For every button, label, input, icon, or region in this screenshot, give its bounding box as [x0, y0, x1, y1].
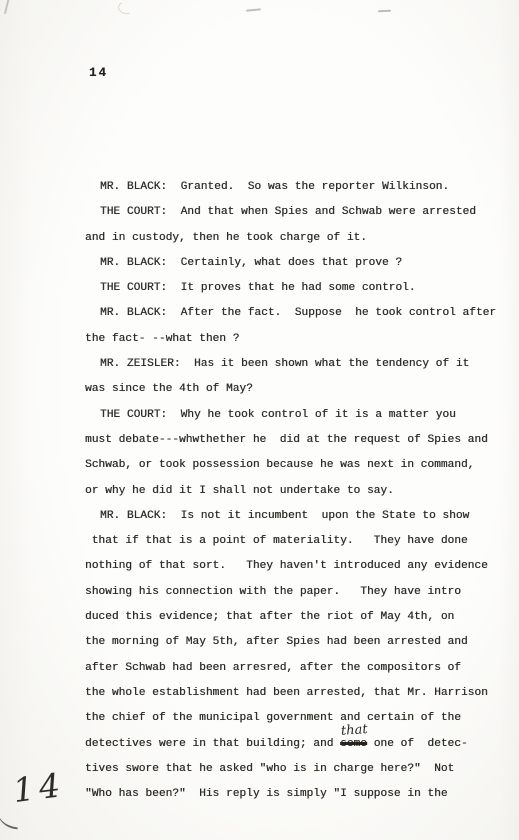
typed-page-number: 14	[89, 66, 108, 80]
transcript-line: MR. BLACK: Certainly, what does that pro…	[85, 257, 505, 282]
transcript-line: MR. BLACK: Granted. So was the reporter …	[85, 181, 505, 206]
handwritten-insertion: that	[341, 722, 369, 739]
transcript-line: THE COURT: Why he took control of it is …	[85, 409, 505, 434]
transcript-line: nothing of that sort. They haven't intro…	[85, 560, 505, 585]
transcript-line: the chief of the municipal government an…	[85, 712, 505, 737]
transcript-line: was since the 4th of May?	[85, 383, 505, 408]
transcript-line: MR. BLACK: Is not it incumbent upon the …	[85, 510, 505, 535]
smudge-mark	[117, 0, 135, 16]
scan-edge-mark	[0, 0, 10, 14]
transcript-line: tives swore that he asked "who is in cha…	[85, 763, 505, 788]
transcript-line: showing his connection with the paper. T…	[85, 586, 505, 611]
pencil-dash-mark	[378, 10, 391, 13]
transcript-line: the fact- --what then ?	[85, 333, 505, 358]
transcript-line: MR. ZEISLER: Has it been shown what the …	[85, 358, 505, 383]
scanned-transcript-page: 14 MR. BLACK: Granted. So was the report…	[0, 0, 519, 840]
transcript-line: the whole establishment had been arreste…	[85, 687, 505, 712]
transcript-line: duced this evidence; that after the riot…	[85, 611, 505, 636]
transcript-body: MR. BLACK: Granted. So was the reporter …	[85, 181, 505, 813]
transcript-line: THE COURT: And that when Spies and Schwa…	[85, 206, 505, 231]
transcript-line: THE COURT: It proves that he had some co…	[85, 282, 505, 307]
transcript-line: or why he did it I shall not undertake t…	[85, 485, 505, 510]
transcript-line: Schwab, or took possession because he wa…	[85, 459, 505, 484]
struck-out-word: some	[340, 738, 367, 750]
transcript-line: detectives were in that building; and th…	[85, 738, 505, 763]
transcript-line: that if that is a point of materiality. …	[85, 535, 505, 560]
pencil-dash-mark	[246, 8, 261, 12]
transcript-line: after Schwab had been arresred, after th…	[85, 662, 505, 687]
transcript-line: must debate---whwthether he did at the r…	[85, 434, 505, 459]
handwritten-page-number: 14	[11, 765, 67, 810]
transcript-line: and in custody, then he took charge of i…	[85, 232, 505, 257]
transcript-line: "Who has been?" His reply is simply "I s…	[85, 788, 505, 813]
transcript-line: MR. BLACK: After the fact. Suppose he to…	[85, 307, 505, 332]
transcript-line: the morning of May 5th, after Spies had …	[85, 636, 505, 661]
pen-stroke-mark	[0, 809, 20, 830]
